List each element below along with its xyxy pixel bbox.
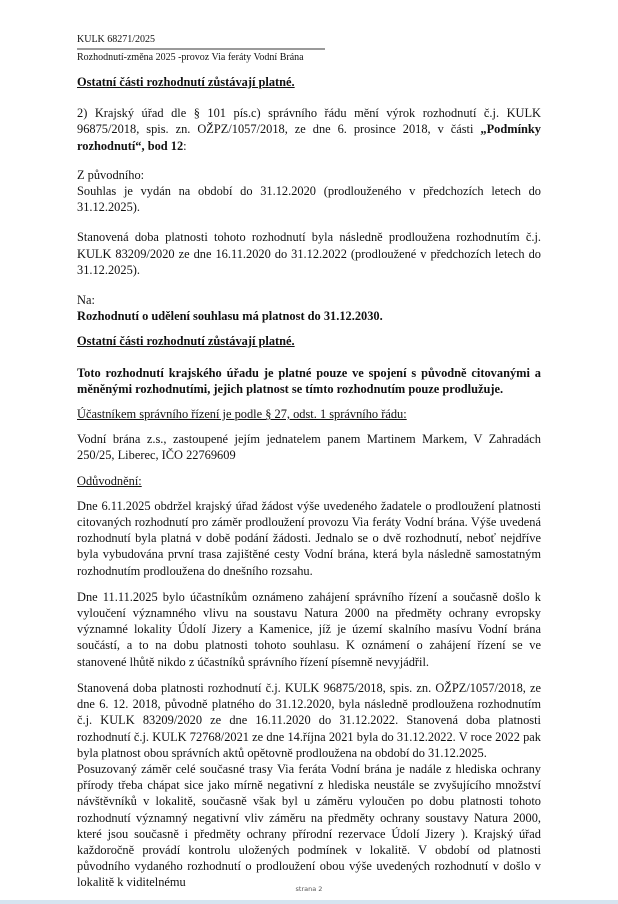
reference-number: KULK 68271/2025 xyxy=(77,34,325,50)
justification-paragraph-2: Dne 11.11.2025 bylo účastníkům oznámeno … xyxy=(77,589,541,670)
amendment-text: 2) Krajský úřad dle § 101 pís.c) správní… xyxy=(77,106,541,136)
viewer-bottom-strip xyxy=(0,900,618,904)
extension-paragraph: Stanovená doba platnosti tohoto rozhodnu… xyxy=(77,229,541,278)
justification-paragraph-3: Stanovená doba platnosti rozhodnutí č.j.… xyxy=(77,680,541,761)
new-validity-text: Rozhodnutí o udělení souhlasu má platnos… xyxy=(77,308,541,324)
remaining-valid-notice: Ostatní části rozhodnutí zůstávají platn… xyxy=(77,74,541,90)
amendment-paragraph: 2) Krajský úřad dle § 101 pís.c) správní… xyxy=(77,105,541,154)
document-body: Ostatní části rozhodnutí zůstávají platn… xyxy=(77,70,541,891)
remaining-valid-notice-2: Ostatní části rozhodnutí zůstávají platn… xyxy=(77,333,541,349)
justification-paragraph-4: Posuzovaný záměr celé současné trasy Via… xyxy=(77,761,541,891)
page-number: strana 2 xyxy=(0,885,618,893)
justification-heading: Odůvodnění: xyxy=(77,473,541,489)
original-label: Z původního: xyxy=(77,167,541,183)
participant-heading: Účastníkem správního řízení je podle § 2… xyxy=(77,406,541,422)
validity-condition: Toto rozhodnutí krajského úřadu je platn… xyxy=(77,365,541,397)
document-page: KULK 68271/2025 Rozhodnutí-změna 2025 -p… xyxy=(0,0,618,900)
new-label: Na: xyxy=(77,292,541,308)
justification-paragraph-1: Dne 6.11.2025 obdržel krajský úřad žádos… xyxy=(77,498,541,579)
document-subject: Rozhodnutí-změna 2025 -provoz Via feráty… xyxy=(77,51,325,64)
amendment-colon: : xyxy=(183,139,186,153)
participant-details: Vodní brána z.s., zastoupené jejím jedna… xyxy=(77,431,541,463)
page-header: KULK 68271/2025 Rozhodnutí-změna 2025 -p… xyxy=(77,34,325,64)
original-text: Souhlas je vydán na období do 31.12.2020… xyxy=(77,183,541,215)
